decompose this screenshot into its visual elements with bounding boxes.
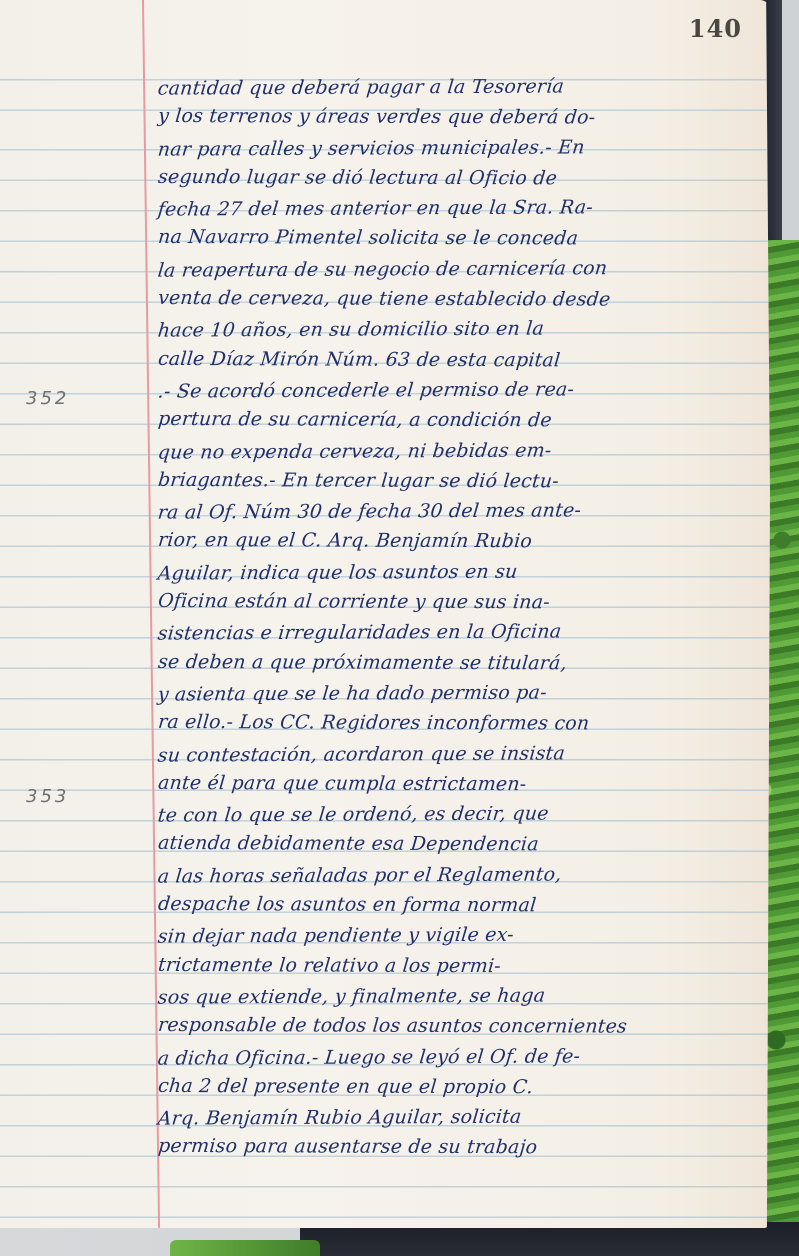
page-number: 140: [689, 14, 742, 43]
handwritten-line: atienda debidamente esa Dependencia: [157, 828, 770, 860]
handwritten-line: ra ello.- Los CC. Regidores inconformes …: [157, 707, 770, 739]
handwritten-line: sos que extiende, y finalmente, se haga: [156, 979, 769, 1012]
handwritten-line: trictamente lo relativo a los permi-: [157, 950, 770, 982]
handwritten-line: segundo lugar se dió lectura al Oficio d…: [157, 162, 770, 194]
margin-note-entry-number: 353: [26, 786, 69, 807]
handwritten-line: Aguilar, indica que los asuntos en su: [156, 555, 769, 588]
handwritten-line: se deben a que próximamente se titulará,: [157, 647, 770, 679]
handwritten-line: ra al Of. Núm 30 de fecha 30 del mes ant…: [156, 495, 769, 528]
handwritten-line: cha 2 del presente en que el propio C.: [157, 1071, 770, 1103]
handwritten-line: pertura de su carnicería, a condición de: [157, 404, 770, 436]
handwritten-line: despache los asuntos en forma normal: [157, 889, 770, 921]
ledger-page: 140 352 353 cantidad que deberá pagar a …: [0, 0, 770, 1228]
handwritten-line: sin dejar nada pendiente y vigile ex-: [156, 919, 769, 952]
handwritten-line: nar para calles y servicios municipales.…: [156, 131, 769, 164]
handwritten-line: ante él para que cumpla estrictamen-: [157, 768, 770, 800]
handwritten-line: fecha 27 del mes anterior en que la Sra.…: [156, 192, 769, 225]
handwritten-line: rior, en que el C. Arq. Benjamín Rubio: [157, 525, 770, 557]
handwritten-line: hace 10 años, en su domicilio sito en la: [156, 313, 769, 346]
handwritten-line: sistencias e irregularidades en la Ofici…: [156, 616, 769, 649]
handwritten-line: a las horas señaladas por el Reglamento,: [156, 858, 769, 891]
handwritten-line: te con lo que se le ordenó, es decir, qu…: [156, 798, 769, 831]
margin-note-entry-number: 352: [26, 388, 69, 409]
handwritten-line: Arq. Benjamín Rubio Aguilar, solicita: [156, 1100, 769, 1133]
handwritten-line: que no expenda cerveza, ni bebidas em-: [156, 434, 769, 467]
marbled-edge-bottom: [170, 1240, 320, 1256]
handwritten-line: y asienta que se le ha dado permiso pa-: [156, 676, 769, 709]
handwritten-line: Oficina están al corriente y que sus ina…: [157, 586, 770, 618]
handwritten-line: responsable de todos los asuntos concern…: [157, 1010, 770, 1042]
photo-scene: 140 352 353 cantidad que deberá pagar a …: [0, 0, 799, 1256]
handwritten-body: cantidad que deberá pagar a la Tesorería…: [158, 72, 768, 1163]
handwritten-line: cantidad que deberá pagar a la Tesorería: [156, 70, 769, 103]
handwritten-line: su contestación, acordaron que se insist…: [156, 737, 769, 770]
handwritten-line: permiso para ausentarse de su trabajo: [157, 1131, 770, 1163]
handwritten-line: .- Se acordó concederle el permiso de re…: [156, 373, 769, 406]
handwritten-line: la reapertura de su negocio de carnicerí…: [156, 252, 769, 285]
handwritten-line: a dicha Oficina.- Luego se leyó el Of. d…: [156, 1040, 769, 1073]
handwritten-line: venta de cerveza, que tiene establecido …: [157, 283, 770, 315]
handwritten-line: briagantes.- En tercer lugar se dió lect…: [157, 465, 770, 497]
handwritten-line: y los terrenos y áreas verdes que deberá…: [157, 101, 770, 133]
handwritten-line: calle Díaz Mirón Núm. 63 de esta capital: [157, 344, 770, 376]
handwritten-line: na Navarro Pimentel solicita se le conce…: [157, 222, 770, 254]
